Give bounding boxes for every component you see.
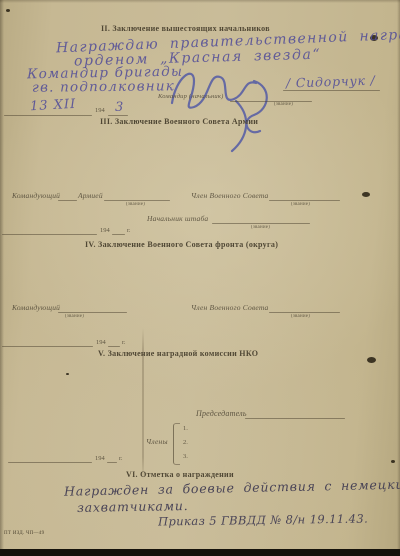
- front-commander-label: Командующий: [12, 303, 60, 312]
- section-v-heading: V. Заключение наградной комиссии НКО: [98, 349, 258, 358]
- paper-speck: [66, 373, 69, 375]
- paper-speck: [367, 357, 376, 363]
- printed-year: 194: [100, 227, 110, 234]
- rank-hint: (звание): [251, 225, 270, 230]
- blank-line: [230, 101, 312, 102]
- blank-line: [212, 223, 310, 224]
- blank-line: [58, 200, 77, 201]
- blank-line: [58, 312, 127, 313]
- rank-hint: (звание): [274, 102, 293, 107]
- handwritten-year-digit: 3: [115, 100, 123, 115]
- members-label: Члены: [146, 437, 168, 446]
- blank-line: [2, 234, 97, 235]
- rank-hint: (звание): [291, 202, 310, 207]
- blank-line: [8, 462, 92, 463]
- printed-year-suffix: г.: [119, 455, 123, 462]
- paper-speck: [362, 192, 370, 197]
- blank-line: [2, 346, 93, 347]
- scan-edge-left: [0, 0, 4, 556]
- blank-line: [269, 200, 340, 201]
- scan-edge-top: [0, 0, 400, 3]
- blank-line: [108, 115, 128, 116]
- rank-hint: (звание): [126, 202, 145, 207]
- chairman-label: Председатель: [196, 409, 247, 418]
- handwritten-date-day-month: 13 XII: [30, 97, 77, 114]
- printed-year-suffix: г.: [127, 227, 131, 234]
- handwritten-surname: / Сидорчук /: [286, 72, 376, 90]
- printed-year-suffix: г.: [122, 339, 126, 346]
- section-vi-heading: VI. Отметка о награждении: [126, 470, 234, 479]
- section-iii-heading: III. Заключение Военного Совета Армии: [100, 117, 258, 126]
- blank-line: [104, 200, 170, 201]
- blank-line: [283, 90, 380, 91]
- printed-year: 194: [95, 455, 105, 462]
- signature-ink: [158, 57, 298, 157]
- paper-speck: [391, 460, 395, 463]
- signer-role-printed-label: Командир (начальник): [158, 93, 223, 100]
- form-print-code: ПТ ИЗД. ЧП—49: [4, 531, 44, 536]
- paper-speck: [6, 9, 10, 12]
- rank-hint: (звание): [65, 314, 84, 319]
- blank-line: [112, 234, 125, 235]
- printed-year: 194: [96, 339, 106, 346]
- blank-line: [107, 462, 117, 463]
- scan-edge-bottom: [0, 549, 400, 556]
- military-council-member-label: Член Военного Совета: [191, 191, 269, 200]
- section-ii-heading: II. Заключение вышестоящих начальников: [101, 24, 270, 33]
- member-number-2: 2.: [183, 439, 188, 446]
- blank-line: [269, 312, 340, 313]
- printed-year: 194: [95, 107, 105, 114]
- army-commander-label: Командующий: [12, 191, 60, 200]
- military-council-member-label: Член Военного Совета: [191, 303, 269, 312]
- blank-line: [245, 418, 345, 419]
- award-sheet-page: II. Заключение вышестоящих начальников Н…: [0, 0, 400, 556]
- handwritten-award-note-line-1: Награжден за боевые действия с немецкими: [64, 476, 400, 499]
- army-word-label: Армией: [78, 191, 103, 200]
- member-number-3: 3.: [183, 453, 188, 460]
- handwritten-signer-rank: гв. подполковник: [32, 78, 175, 95]
- member-number-1: 1.: [183, 425, 188, 432]
- members-brace: [173, 423, 180, 465]
- blank-line: [108, 346, 120, 347]
- handwritten-award-note-line-2: захватчиками.: [77, 498, 189, 515]
- section-iv-heading: IV. Заключение Военного Совета фронта (о…: [85, 240, 278, 249]
- chief-of-staff-label: Начальник штаба: [147, 214, 208, 223]
- rank-hint: (звание): [291, 314, 310, 319]
- handwritten-order-reference: Приказ 5 ГВВДД № 8/н 19.11.43.: [158, 512, 368, 529]
- blank-line: [4, 115, 92, 116]
